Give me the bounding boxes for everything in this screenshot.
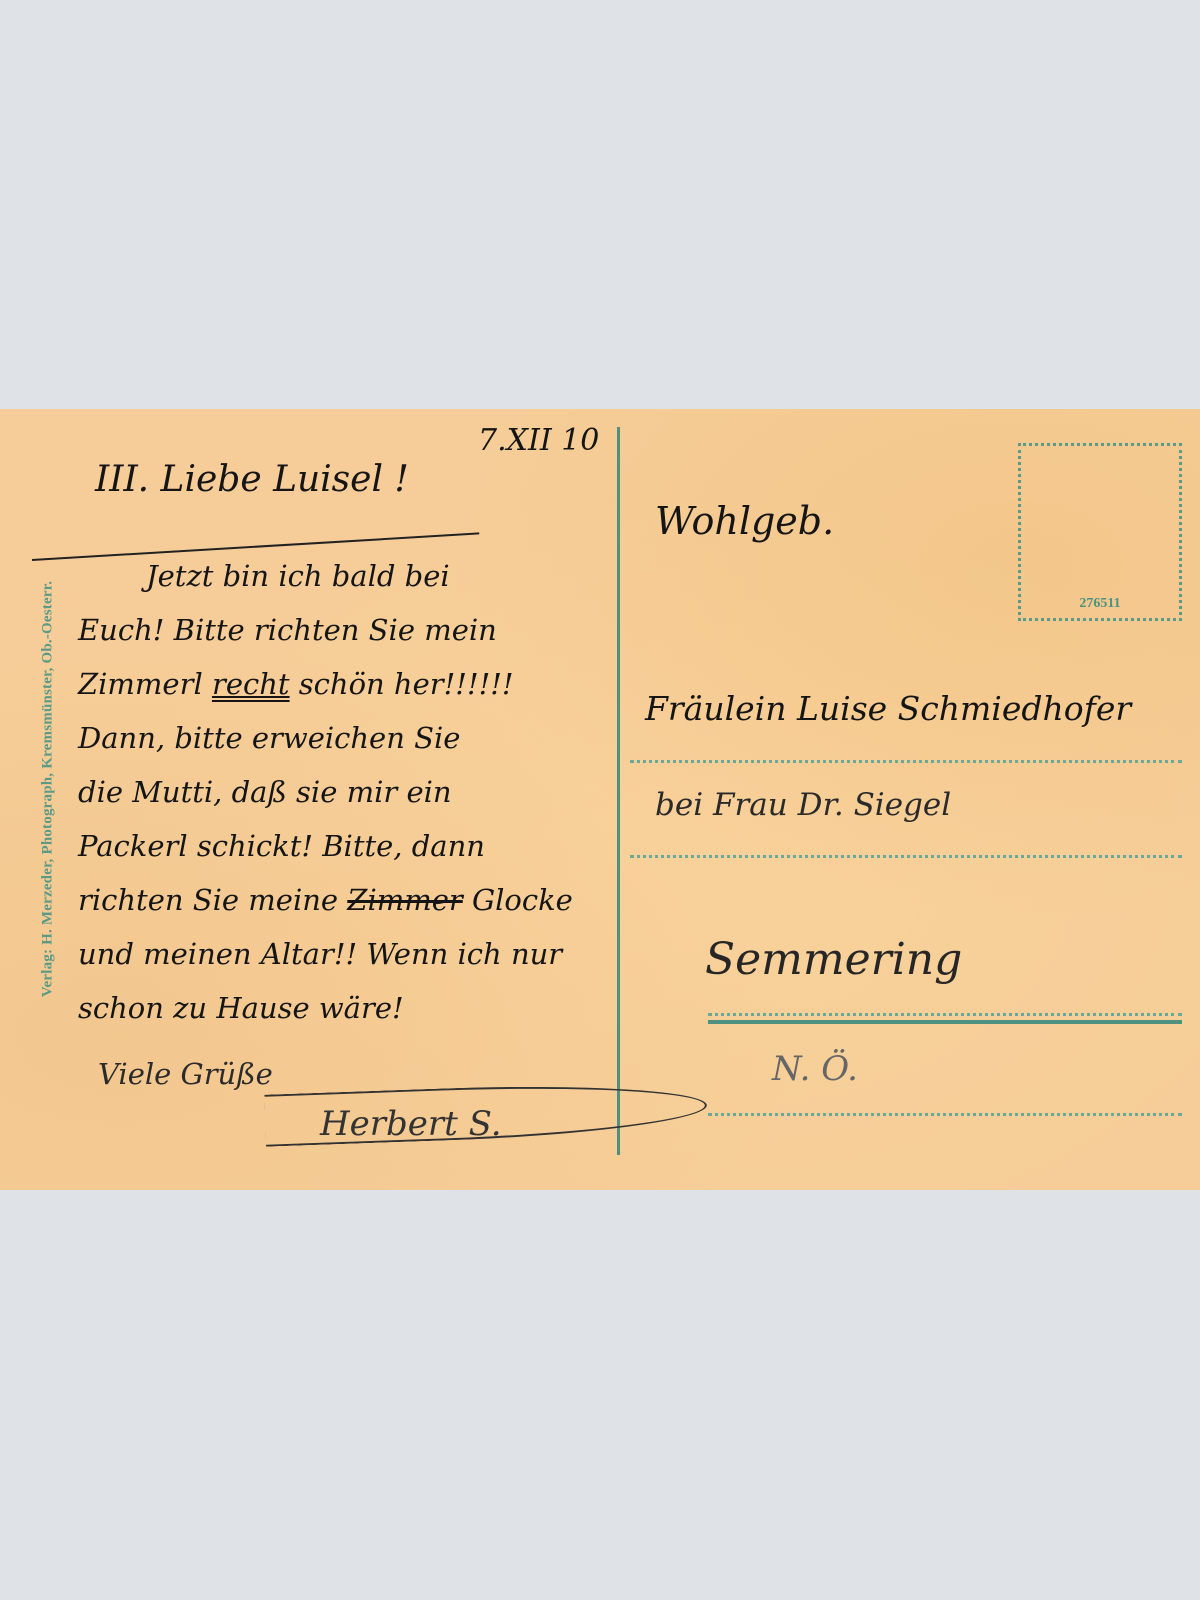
- address-care-of: bei Frau Dr. Siegel: [655, 787, 951, 823]
- publisher-imprint: Verlag: H. Merzeder, Photograph, Kremsmü…: [40, 581, 57, 997]
- address-line-2: [630, 855, 1182, 858]
- address-region: N. Ö.: [772, 1049, 858, 1089]
- message-line: Euch! Bitte richten Sie mein: [78, 603, 573, 657]
- message-line: Zimmerl recht schön her!!!!!!: [78, 657, 573, 711]
- message-line: Packerl schickt! Bitte, dann: [78, 819, 573, 873]
- stamp-box: 276511: [1018, 443, 1182, 621]
- underlined-word: recht: [212, 667, 290, 701]
- center-divider-line: [617, 427, 620, 1155]
- address-line-1: [630, 760, 1182, 763]
- struck-word: Zimmer: [347, 883, 462, 917]
- address-city: Semmering: [705, 934, 962, 985]
- message-text: Glocke: [463, 883, 573, 917]
- signature: Herbert S.: [320, 1104, 502, 1144]
- address-city-underline: [708, 1020, 1182, 1024]
- message-closing: Viele Grüße: [98, 1057, 273, 1091]
- address-recipient: Fräulein Luise Schmiedhofer: [645, 689, 1131, 728]
- message-line: richten Sie meine Zimmer Glocke: [78, 873, 573, 927]
- message-line: Jetzt bin ich bald bei: [78, 549, 573, 603]
- message-greeting: III. Liebe Luisel !: [95, 459, 409, 500]
- message-line: schon zu Hause wäre!: [78, 981, 573, 1035]
- message-text: richten Sie meine: [78, 883, 347, 917]
- message-line: die Mutti, daß sie mir ein: [78, 765, 573, 819]
- message-body: Jetzt bin ich bald bei Euch! Bitte richt…: [78, 549, 573, 1035]
- message-date: 7.XII 10: [478, 423, 599, 458]
- address-line-3: [708, 1013, 1182, 1016]
- message-text: schön her!!!!!!: [290, 667, 514, 701]
- message-text: Zimmerl: [78, 667, 212, 701]
- stamp-box-number: 276511: [1079, 596, 1120, 612]
- address-line-4: [708, 1113, 1182, 1116]
- message-line: und meinen Altar!! Wenn ich nur: [78, 927, 573, 981]
- address-salutation: Wohlgeb.: [655, 499, 834, 543]
- message-line: Dann, bitte erweichen Sie: [78, 711, 573, 765]
- postcard-back: Verlag: H. Merzeder, Photograph, Kremsmü…: [0, 409, 1200, 1190]
